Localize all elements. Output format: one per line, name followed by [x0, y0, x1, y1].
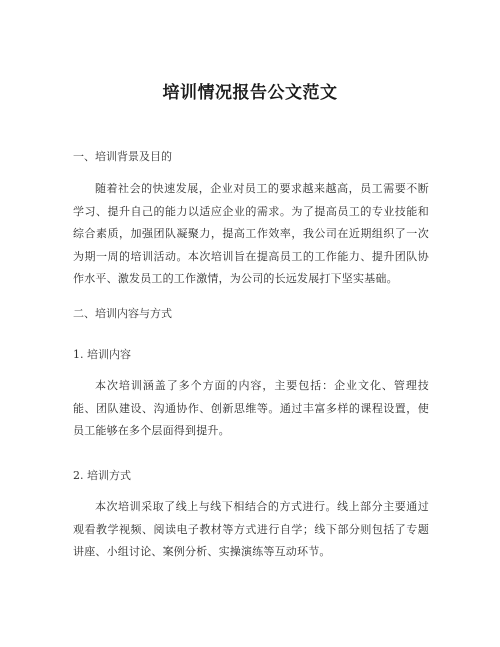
- subsection-heading-content: 1. 培训内容: [73, 348, 131, 362]
- document-title: 培训情况报告公文范文: [0, 78, 500, 103]
- paragraph-method: 本次培训采取了线上与线下相结合的方式进行。线上部分主要通过观看教学视频、阅读电子…: [73, 496, 429, 564]
- subsection-heading-method: 2. 培训方式: [73, 469, 131, 483]
- section-heading-content-method: 二、培训内容与方式: [73, 307, 172, 321]
- paragraph-content: 本次培训涵盖了多个方面的内容，主要包括：企业文化、管理技能、团队建设、沟通协作、…: [73, 375, 429, 443]
- document-page: 培训情况报告公文范文 一、培训背景及目的 随着社会的快速发展，企业对员工的要求越…: [0, 0, 500, 647]
- section-heading-background: 一、培训背景及目的: [73, 150, 172, 164]
- paragraph-background: 随着社会的快速发展，企业对员工的要求越来越高，员工需要不断学习、提升自己的能力以…: [73, 178, 429, 291]
